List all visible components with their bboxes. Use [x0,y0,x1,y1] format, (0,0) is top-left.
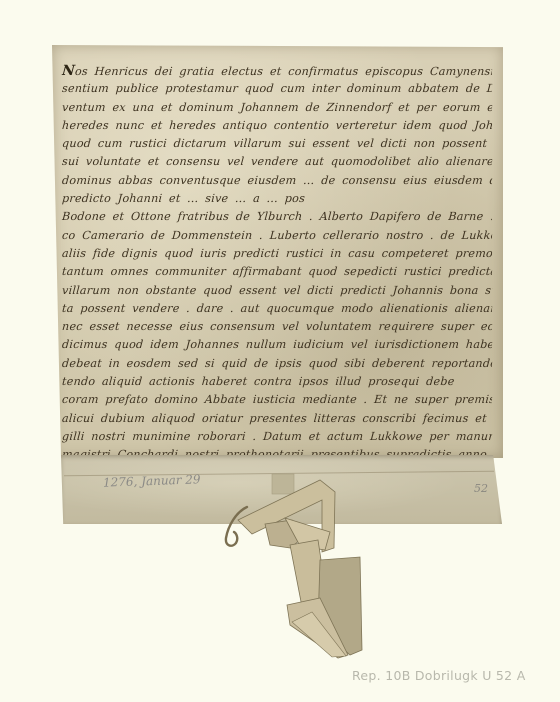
plica-fold [61,455,502,524]
text-line: nec esset necesse eius consensum vel vol… [61,318,492,336]
text-line-1: Nos Henricus dei gratia electus et confi… [61,62,492,80]
text-line: co Camerario de Dommenstein . Luberto ce… [61,227,492,245]
text-line: debeat in eosdem sed si quid de ipsis qu… [61,355,492,373]
text-line: dicimus quod idem Johannes nullum iudici… [61,336,492,354]
text-line: predicto Johanni et ... sive ... a ... p… [61,190,492,208]
pencil-number-note: 52 [474,482,488,495]
initial-letter: N [61,63,75,79]
text-line: coram prefato domino Abbate iusticia med… [61,391,492,409]
text-line: dominus abbas conventusque eiusdem ... d… [61,172,492,190]
text-line: tantum omnes communiter affirmabant quod… [61,263,492,281]
text-line: sui voluntate et consensu vel vendere au… [61,153,492,171]
text-line: ventum ex una et dominum Johannem de Zin… [61,99,492,117]
archive-signature: Rep. 10B Dobrilugk U 52 A [352,668,526,683]
text-line: Bodone et Ottone fratribus de Ylburch . … [61,208,492,226]
text-line: villarum non obstante quod essent vel di… [61,282,492,300]
text-line: quod cum rustici dictarum villarum sui e… [61,135,492,153]
text-line: tendo aliquid actionis haberet contra ip… [61,373,492,391]
text-line: gilli nostri munimine roborari . Datum e… [61,428,492,446]
text-line: sentium publice protestamur quod cum int… [61,80,492,98]
text-line: ta possent vendere . dare . aut quocumqu… [61,300,492,318]
text-line: alicui dubium aliquod oriatur presentes … [61,410,492,428]
charter-text: Nos Henricus dei gratia electus et confi… [62,62,492,483]
text-line-1-rest: os Henricus dei gratia electus et confir… [75,65,493,78]
text-line: aliis fide dignis quod iuris predicti ru… [61,245,492,263]
text-line: heredes nunc et heredes antiquo contenti… [61,117,492,135]
